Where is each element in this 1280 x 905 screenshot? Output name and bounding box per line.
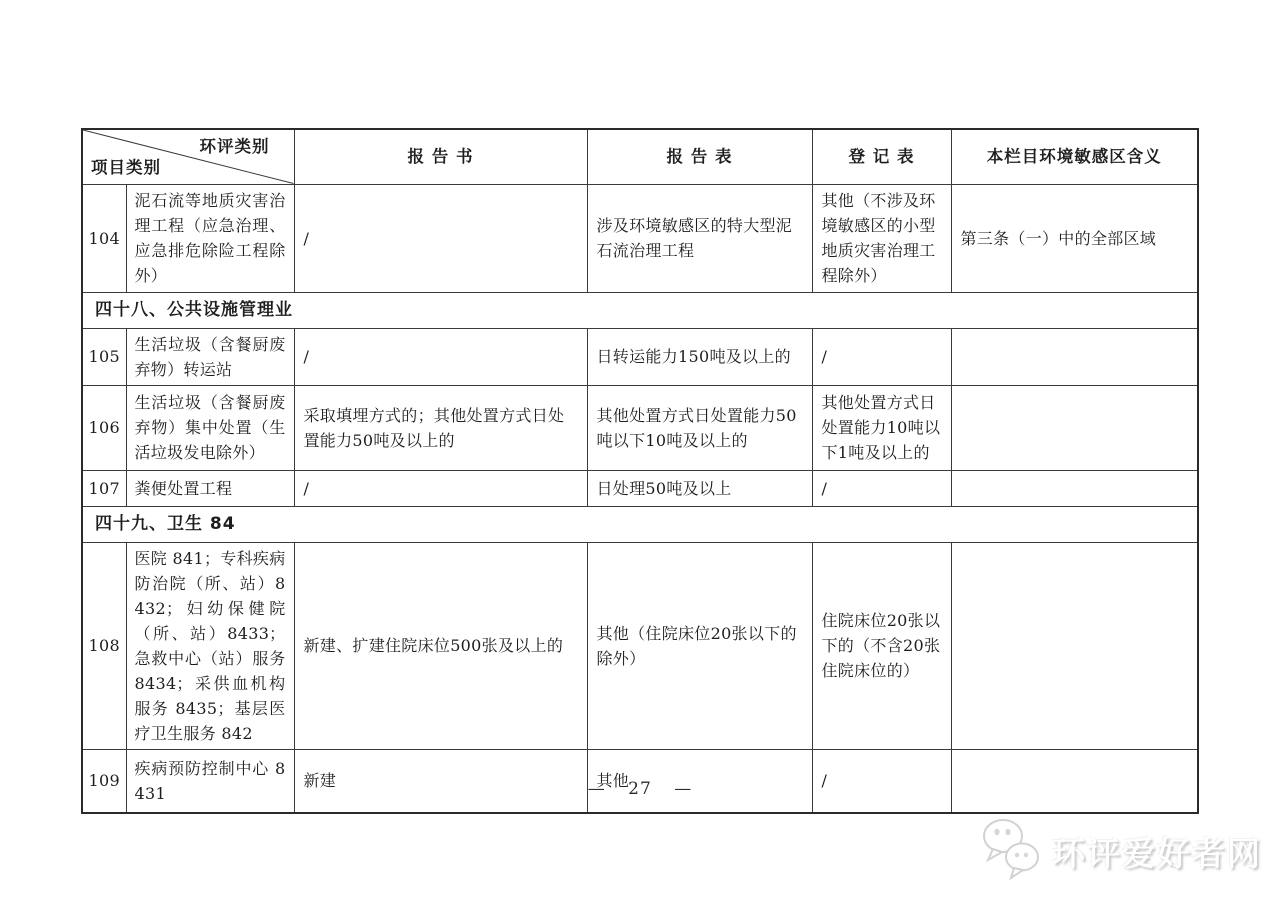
project-category-cell: 生活垃圾（含餐厨废弃物）转运站 [126, 328, 294, 385]
row-number-cell: 104 [82, 184, 126, 292]
watermark-text: 环评爱好者网 [1052, 828, 1262, 875]
table-header-row: 环评类别 项目类别 报 告 书 报 告 表 登 记 表 本栏目环境敏感区含义 [82, 129, 1198, 184]
section-title: 四十八、公共设施管理业 [82, 292, 1198, 328]
section-title: 四十九、卫生 84 [82, 506, 1198, 542]
sensitive-meaning-cell [951, 328, 1198, 385]
report-form-cell: 其他（住院床位20张以下的除外） [587, 542, 812, 749]
header-report-form: 报 告 表 [587, 129, 812, 184]
section-row: 四十八、公共设施管理业 [82, 292, 1198, 328]
table-row: 107 粪便处置工程 / 日处理50吨及以上 / [82, 470, 1198, 506]
document-page: 环评类别 项目类别 报 告 书 报 告 表 登 记 表 本栏目环境敏感区含义 1… [0, 0, 1280, 905]
header-project-category-label: 项目类别 [91, 155, 161, 180]
report-book-cell: / [294, 470, 587, 506]
sensitive-meaning-cell: 第三条（一）中的全部区域 [951, 184, 1198, 292]
eia-category-table: 环评类别 项目类别 报 告 书 报 告 表 登 记 表 本栏目环境敏感区含义 1… [81, 128, 1199, 814]
header-eia-category-label: 环评类别 [200, 134, 270, 159]
table-row: 104 泥石流等地质灾害治理工程（应急治理、应急排危除险工程除外） / 涉及环境… [82, 184, 1198, 292]
report-form-cell: 日处理50吨及以上 [587, 470, 812, 506]
registration-form-cell: / [812, 470, 951, 506]
report-form-cell: 日转运能力150吨及以上的 [587, 328, 812, 385]
sensitive-meaning-cell [951, 470, 1198, 506]
report-book-cell: / [294, 184, 587, 292]
registration-form-cell: 其他（不涉及环境敏感区的小型地质灾害治理工程除外） [812, 184, 951, 292]
report-form-cell: 其他处置方式日处置能力50吨以下10吨及以上的 [587, 385, 812, 470]
row-number-cell: 108 [82, 542, 126, 749]
table-row: 108 医院 841；专科疾病防治院（所、站）8432；妇幼保健院（所、站）84… [82, 542, 1198, 749]
page-number: — 27 — [0, 779, 1280, 799]
table-row: 106 生活垃圾（含餐厨废弃物）集中处置（生活垃圾发电除外） 采取填埋方式的；其… [82, 385, 1198, 470]
diagonal-header-cell: 环评类别 项目类别 [82, 129, 294, 184]
table-row: 105 生活垃圾（含餐厨废弃物）转运站 / 日转运能力150吨及以上的 / [82, 328, 1198, 385]
row-number-cell: 105 [82, 328, 126, 385]
sensitive-meaning-cell [951, 542, 1198, 749]
row-number-cell: 107 [82, 470, 126, 506]
project-category-cell: 生活垃圾（含餐厨废弃物）集中处置（生活垃圾发电除外） [126, 385, 294, 470]
report-book-cell: / [294, 328, 587, 385]
header-report-book: 报 告 书 [294, 129, 587, 184]
project-category-cell: 医院 841；专科疾病防治院（所、站）8432；妇幼保健院（所、站）8433；急… [126, 542, 294, 749]
report-book-cell: 采取填埋方式的；其他处置方式日处置能力50吨及以上的 [294, 385, 587, 470]
registration-form-cell: / [812, 328, 951, 385]
watermark: 环评爱好者网 [980, 816, 1262, 886]
header-sensitive-area-meaning: 本栏目环境敏感区含义 [951, 129, 1198, 184]
sensitive-meaning-cell [951, 385, 1198, 470]
project-category-cell: 粪便处置工程 [126, 470, 294, 506]
header-registration-form: 登 记 表 [812, 129, 951, 184]
section-row: 四十九、卫生 84 [82, 506, 1198, 542]
report-form-cell: 涉及环境敏感区的特大型泥石流治理工程 [587, 184, 812, 292]
report-book-cell: 新建、扩建住院床位500张及以上的 [294, 542, 587, 749]
row-number-cell: 106 [82, 385, 126, 470]
wechat-bubbles-icon [980, 816, 1042, 886]
registration-form-cell: 住院床位20张以下的（不含20张住院床位的） [812, 542, 951, 749]
registration-form-cell: 其他处置方式日处置能力10吨以下1吨及以上的 [812, 385, 951, 470]
project-category-cell: 泥石流等地质灾害治理工程（应急治理、应急排危除险工程除外） [126, 184, 294, 292]
